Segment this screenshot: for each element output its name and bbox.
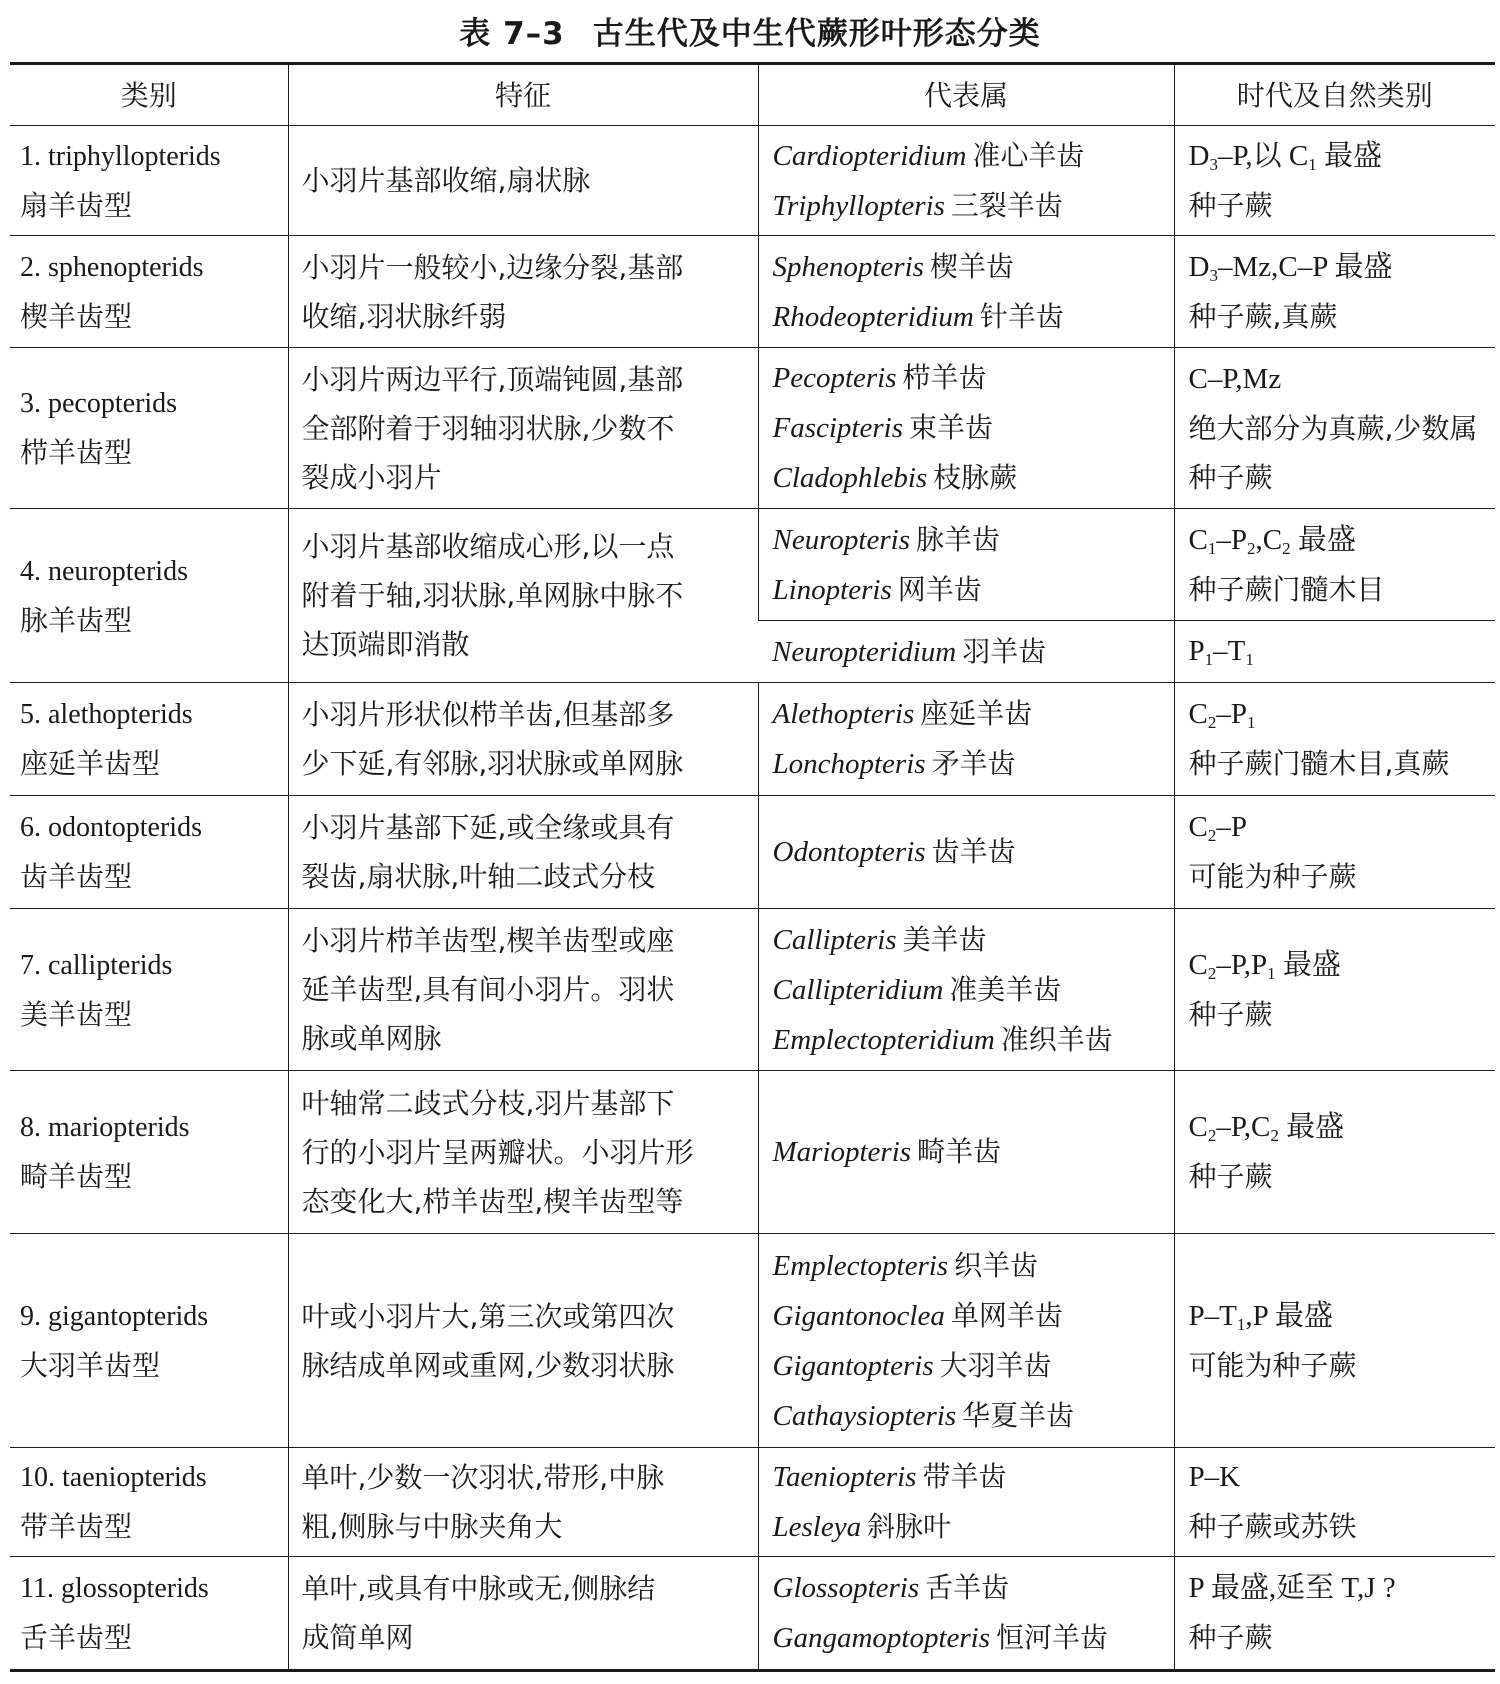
- genus-entry: Cladophlebis枝脉蕨: [773, 453, 1164, 503]
- genus-latin-name: Pecopteris: [773, 362, 897, 394]
- features-cell: 叶或小羽片大,第三次或第四次脉结成单网或重网,少数羽状脉: [288, 1234, 758, 1448]
- table-title: 古生代及中生代蕨形叶形态分类: [593, 16, 1041, 52]
- feature-line: 延羊齿型,具有间小羽片。羽状: [302, 965, 752, 1014]
- genera-cell: Pecopteris栉羊齿Fascipteris束羊齿Cladophlebis枝…: [758, 348, 1174, 509]
- geologic-age: C2–P,C2 最盛: [1189, 1103, 1486, 1152]
- genera-cell: Emplectopteris织羊齿Gigantonoclea单网羊齿Gigant…: [758, 1234, 1174, 1448]
- feature-line: 小羽片一般较小,边缘分裂,基部: [302, 243, 752, 292]
- genus-entry: Gigantopteris大羽羊齿: [773, 1341, 1164, 1391]
- table-row: 11. glossopterids舌羊齿型单叶,或具有中脉或无,侧脉结成简单网G…: [10, 1557, 1495, 1671]
- age-nature-cell: P–T1,P 最盛可能为种子蕨: [1174, 1234, 1495, 1448]
- genus-latin-name: Mariopteris: [773, 1136, 912, 1168]
- geologic-age: C–P,Mz: [1189, 355, 1486, 404]
- genus-entry: Sphenopteris楔羊齿: [773, 242, 1164, 292]
- table-caption: 表 7–3古生代及中生代蕨形叶形态分类: [0, 8, 1500, 53]
- geologic-age: D3–Mz,C–P 最盛: [1189, 243, 1486, 292]
- genus-entry: Gigantonoclea单网羊齿: [773, 1291, 1164, 1341]
- genus-latin-name: Alethopteris: [773, 698, 915, 730]
- genus-entry: Rhodeopteridium针羊齿: [773, 292, 1164, 342]
- category-cell: 11. glossopterids舌羊齿型: [10, 1557, 288, 1671]
- geologic-age: P–K: [1189, 1453, 1486, 1502]
- age-nature-cell: D3–Mz,C–P 最盛种子蕨,真蕨: [1174, 236, 1495, 348]
- feature-line: 脉或单网脉: [302, 1014, 752, 1063]
- category-chinese: 大羽羊齿型: [20, 1341, 278, 1390]
- header-category: 类别: [10, 64, 288, 126]
- category-cell: 8. mariopterids畸羊齿型: [10, 1071, 288, 1234]
- table-row: 4. neuropterids脉羊齿型小羽片基部收缩成心形,以一点附着于轴,羽状…: [10, 509, 1495, 621]
- age-nature-cell: C1–P2,C2 最盛种子蕨门髓木目: [1174, 509, 1495, 621]
- age-nature-cell: P 最盛,延至 T,J ?种子蕨: [1174, 1557, 1495, 1671]
- category-english: 6. odontopterids: [20, 803, 278, 852]
- age-nature-cell: D3–P,以 C1 最盛种子蕨: [1174, 126, 1495, 236]
- genus-latin-name: Linopteris: [773, 574, 892, 606]
- genus-entry: Neuropteris脉羊齿: [773, 515, 1164, 565]
- natural-category: 种子蕨: [1189, 990, 1486, 1039]
- genus-entry: Callipteridium准美羊齿: [773, 965, 1164, 1015]
- genus-latin-name: Cathaysiopteris: [773, 1400, 957, 1432]
- genus-chinese-name: 畸羊齿: [917, 1135, 1001, 1168]
- genus-latin-name: Cladophlebis: [773, 462, 928, 494]
- genus-latin-name: Sphenopteris: [773, 251, 924, 283]
- natural-category: 种子蕨门髓木目,真蕨: [1189, 739, 1486, 788]
- category-cell: 10. taeniopterids带羊齿型: [10, 1448, 288, 1557]
- genera-cell: Cardiopteridium准心羊齿Triphyllopteris三裂羊齿: [758, 126, 1174, 236]
- genera-cell: Neuropteris脉羊齿Linopteris网羊齿: [758, 509, 1174, 621]
- genus-chinese-name: 准织羊齿: [1001, 1023, 1113, 1056]
- age-nature-cell: C2–P,P1 最盛种子蕨: [1174, 909, 1495, 1071]
- genus-latin-name: Rhodeopteridium: [773, 301, 974, 333]
- natural-category: 种子蕨: [1189, 1613, 1486, 1662]
- category-english: 11. glossopterids: [20, 1564, 278, 1613]
- feature-line: 小羽片基部下延,或全缘或具有: [302, 803, 752, 852]
- category-chinese: 畸羊齿型: [20, 1152, 278, 1201]
- genus-chinese-name: 羽羊齿: [962, 635, 1046, 668]
- natural-category: 种子蕨: [1189, 1152, 1486, 1201]
- genus-latin-name: Taeniopteris: [773, 1461, 917, 1493]
- geologic-age: C2–P,P1 最盛: [1189, 941, 1486, 990]
- feature-line: 小羽片栉羊齿型,楔羊齿型或座: [302, 916, 752, 965]
- genus-latin-name: Fascipteris: [773, 412, 904, 444]
- category-chinese: 座延羊齿型: [20, 739, 278, 788]
- features-cell: 小羽片栉羊齿型,楔羊齿型或座延羊齿型,具有间小羽片。羽状脉或单网脉: [288, 909, 758, 1071]
- table-row: 3. pecopterids栉羊齿型小羽片两边平行,顶端钝圆,基部全部附着于羽轴…: [10, 348, 1495, 509]
- category-chinese: 舌羊齿型: [20, 1613, 278, 1662]
- genus-latin-name: Gangamoptopteris: [773, 1622, 991, 1654]
- table-row: 1. triphyllopterids扇羊齿型小羽片基部收缩,扇状脉Cardio…: [10, 126, 1495, 236]
- feature-line: 裂成小羽片: [302, 453, 752, 502]
- category-cell: 6. odontopterids齿羊齿型: [10, 796, 288, 909]
- feature-line: 脉结成单网或重网,少数羽状脉: [302, 1341, 752, 1390]
- features-cell: 小羽片基部收缩,扇状脉: [288, 126, 758, 236]
- natural-category: 绝大部分为真蕨,少数属种子蕨: [1189, 404, 1486, 502]
- genus-chinese-name: 三裂羊齿: [951, 189, 1063, 222]
- feature-line: 少下延,有邻脉,羽状脉或单网脉: [302, 739, 752, 788]
- genus-entry: Emplectopteris织羊齿: [773, 1241, 1164, 1291]
- genus-entry: Glossopteris舌羊齿: [773, 1563, 1164, 1613]
- category-chinese: 扇羊齿型: [20, 181, 278, 230]
- features-cell: 小羽片形状似栉羊齿,但基部多少下延,有邻脉,羽状脉或单网脉: [288, 683, 758, 796]
- genus-chinese-name: 网羊齿: [898, 573, 982, 606]
- category-chinese: 美羊齿型: [20, 990, 278, 1039]
- geologic-age: P 最盛,延至 T,J ?: [1189, 1564, 1486, 1613]
- genus-chinese-name: 座延羊齿: [920, 697, 1032, 730]
- genus-latin-name: Callipteridium: [773, 974, 944, 1006]
- genus-chinese-name: 枝脉蕨: [933, 461, 1017, 494]
- genus-latin-name: Neuropteridium: [772, 636, 956, 668]
- natural-category: 可能为种子蕨: [1189, 852, 1486, 901]
- genus-chinese-name: 脉羊齿: [916, 523, 1000, 556]
- genus-latin-name: Cardiopteridium: [773, 140, 967, 172]
- genus-latin-name: Callipteris: [773, 924, 897, 956]
- feature-line: 收缩,羽状脉纤弱: [302, 292, 752, 341]
- category-english: 10. taeniopterids: [20, 1453, 278, 1502]
- genus-entry: Linopteris网羊齿: [773, 565, 1164, 615]
- table-number: 表 7–3: [459, 16, 564, 52]
- natural-category: 可能为种子蕨: [1189, 1341, 1486, 1390]
- natural-category: 种子蕨或苏铁: [1189, 1502, 1486, 1551]
- category-chinese: 脉羊齿型: [20, 596, 278, 645]
- genus-entry: Triphyllopteris三裂羊齿: [773, 181, 1164, 231]
- feature-line: 粗,侧脉与中脉夹角大: [302, 1502, 752, 1551]
- feature-line: 成简单网: [302, 1613, 752, 1662]
- feature-line: 单叶,或具有中脉或无,侧脉结: [302, 1564, 752, 1613]
- age-nature-cell: P–K种子蕨或苏铁: [1174, 1448, 1495, 1557]
- genus-chinese-name: 齿羊齿: [932, 835, 1016, 868]
- features-cell: 小羽片基部下延,或全缘或具有裂齿,扇状脉,叶轴二歧式分枝: [288, 796, 758, 909]
- genus-entry: Pecopteris栉羊齿: [773, 353, 1164, 403]
- genus-entry: Mariopteris畸羊齿: [773, 1127, 1164, 1177]
- age-nature-cell: C2–P可能为种子蕨: [1174, 796, 1495, 909]
- genera-cell: Odontopteris齿羊齿: [758, 796, 1174, 909]
- genus-chinese-name: 栉羊齿: [903, 361, 987, 394]
- features-cell: 小羽片基部收缩成心形,以一点附着于轴,羽状脉,单网脉中脉不达顶端即消散: [288, 509, 758, 683]
- genus-latin-name: Triphyllopteris: [773, 190, 945, 222]
- genus-chinese-name: 华夏羊齿: [962, 1399, 1074, 1432]
- header-features: 特征: [288, 64, 758, 126]
- feature-line: 小羽片形状似栉羊齿,但基部多: [302, 690, 752, 739]
- genus-entry: Callipteris美羊齿: [773, 915, 1164, 965]
- table-row: 6. odontopterids齿羊齿型小羽片基部下延,或全缘或具有裂齿,扇状脉…: [10, 796, 1495, 909]
- category-english: 7. callipterids: [20, 941, 278, 990]
- genera-cell: Glossopteris舌羊齿Gangamoptopteris恒河羊齿: [758, 1557, 1174, 1671]
- features-cell: 单叶,或具有中脉或无,侧脉结成简单网: [288, 1557, 758, 1671]
- category-english: 4. neuropterids: [20, 547, 278, 596]
- feature-line: 叶或小羽片大,第三次或第四次: [302, 1292, 752, 1341]
- category-english: 8. mariopterids: [20, 1103, 278, 1152]
- genera-cell: Taeniopteris带羊齿Lesleya斜脉叶: [758, 1448, 1174, 1557]
- genera-cell: Alethopteris座延羊齿Lonchopteris矛羊齿: [758, 683, 1174, 796]
- category-cell: 7. callipterids美羊齿型: [10, 909, 288, 1071]
- genus-chinese-name: 大羽羊齿: [940, 1349, 1052, 1382]
- genus-latin-name: Neuropteris: [773, 524, 910, 556]
- genus-chinese-name: 准美羊齿: [949, 973, 1061, 1006]
- genus-latin-name: Emplectopteridium: [773, 1024, 995, 1056]
- genus-chinese-name: 束羊齿: [909, 411, 993, 444]
- age-nature-cell: C2–P1种子蕨门髓木目,真蕨: [1174, 683, 1495, 796]
- genus-entry: Neuropteridium羽羊齿: [772, 627, 1164, 677]
- category-cell: 3. pecopterids栉羊齿型: [10, 348, 288, 509]
- genus-entry: Emplectopteridium准织羊齿: [773, 1015, 1164, 1065]
- genus-chinese-name: 织羊齿: [954, 1249, 1038, 1282]
- category-english: 1. triphyllopterids: [20, 132, 278, 181]
- genus-chinese-name: 带羊齿: [922, 1460, 1006, 1493]
- feature-line: 行的小羽片呈两瓣状。小羽片形: [302, 1128, 752, 1177]
- genus-chinese-name: 针羊齿: [980, 300, 1064, 333]
- genus-entry: Lesleya斜脉叶: [773, 1502, 1164, 1552]
- age-nature-cell: P1–T1: [1174, 621, 1495, 683]
- table-row: 2. sphenopterids楔羊齿型小羽片一般较小,边缘分裂,基部收缩,羽状…: [10, 236, 1495, 348]
- genera-cell: Mariopteris畸羊齿: [758, 1071, 1174, 1234]
- genus-chinese-name: 准心羊齿: [972, 139, 1084, 172]
- genus-chinese-name: 矛羊齿: [932, 747, 1016, 780]
- table-body: 1. triphyllopterids扇羊齿型小羽片基部收缩,扇状脉Cardio…: [10, 126, 1495, 1671]
- genus-chinese-name: 单网羊齿: [951, 1299, 1063, 1332]
- geologic-age: C1–P2,C2 最盛: [1189, 516, 1486, 565]
- category-cell: 4. neuropterids脉羊齿型: [10, 509, 288, 683]
- natural-category: 种子蕨,真蕨: [1189, 292, 1486, 341]
- genus-latin-name: Gigantonoclea: [773, 1300, 945, 1332]
- genus-latin-name: Glossopteris: [773, 1572, 920, 1604]
- genus-chinese-name: 楔羊齿: [930, 250, 1014, 283]
- header-row: 类别 特征 代表属 时代及自然类别: [10, 64, 1495, 126]
- genus-latin-name: Odontopteris: [773, 836, 926, 868]
- features-cell: 单叶,少数一次羽状,带形,中脉粗,侧脉与中脉夹角大: [288, 1448, 758, 1557]
- age-nature-cell: C2–P,C2 最盛种子蕨: [1174, 1071, 1495, 1234]
- genus-entry: Alethopteris座延羊齿: [773, 689, 1164, 739]
- category-chinese: 栉羊齿型: [20, 428, 278, 477]
- genus-entry: Cardiopteridium准心羊齿: [773, 131, 1164, 181]
- feature-line: 附着于轴,羽状脉,单网脉中脉不: [302, 571, 752, 620]
- category-english: 9. gigantopterids: [20, 1292, 278, 1341]
- category-chinese: 齿羊齿型: [20, 852, 278, 901]
- genus-entry: Taeniopteris带羊齿: [773, 1452, 1164, 1502]
- table-row: 5. alethopterids座延羊齿型小羽片形状似栉羊齿,但基部多少下延,有…: [10, 683, 1495, 796]
- feature-line: 小羽片基部收缩成心形,以一点: [302, 522, 752, 571]
- category-cell: 9. gigantopterids大羽羊齿型: [10, 1234, 288, 1448]
- genus-latin-name: Emplectopteris: [773, 1250, 949, 1282]
- category-english: 5. alethopterids: [20, 690, 278, 739]
- genus-entry: Lonchopteris矛羊齿: [773, 739, 1164, 789]
- feature-line: 小羽片两边平行,顶端钝圆,基部: [302, 355, 752, 404]
- category-english: 3. pecopterids: [20, 379, 278, 428]
- feature-line: 态变化大,栉羊齿型,楔羊齿型等: [302, 1177, 752, 1226]
- category-cell: 1. triphyllopterids扇羊齿型: [10, 126, 288, 236]
- table-row: 8. mariopterids畸羊齿型叶轴常二歧式分枝,羽片基部下行的小羽片呈两…: [10, 1071, 1495, 1234]
- feature-line: 裂齿,扇状脉,叶轴二歧式分枝: [302, 852, 752, 901]
- fern-leaf-classification-table: 类别 特征 代表属 时代及自然类别 1. triphyllopterids扇羊齿…: [10, 62, 1495, 1672]
- natural-category: 种子蕨门髓木目: [1189, 565, 1486, 614]
- genus-entry: Fascipteris束羊齿: [773, 403, 1164, 453]
- genera-cell: Neuropteridium羽羊齿: [758, 621, 1174, 683]
- feature-line: 单叶,少数一次羽状,带形,中脉: [302, 1453, 752, 1502]
- table-row: 10. taeniopterids带羊齿型单叶,少数一次羽状,带形,中脉粗,侧脉…: [10, 1448, 1495, 1557]
- features-cell: 叶轴常二歧式分枝,羽片基部下行的小羽片呈两瓣状。小羽片形态变化大,栉羊齿型,楔羊…: [288, 1071, 758, 1234]
- geologic-age: P1–T1: [1189, 627, 1486, 676]
- feature-line: 小羽片基部收缩,扇状脉: [302, 156, 752, 205]
- table-row: 7. callipterids美羊齿型小羽片栉羊齿型,楔羊齿型或座延羊齿型,具有…: [10, 909, 1495, 1071]
- genus-entry: Gangamoptopteris恒河羊齿: [773, 1613, 1164, 1663]
- genera-cell: Callipteris美羊齿Callipteridium准美羊齿Emplecto…: [758, 909, 1174, 1071]
- genus-chinese-name: 恒河羊齿: [996, 1621, 1108, 1654]
- genera-cell: Sphenopteris楔羊齿Rhodeopteridium针羊齿: [758, 236, 1174, 348]
- category-cell: 2. sphenopterids楔羊齿型: [10, 236, 288, 348]
- genus-chinese-name: 美羊齿: [903, 923, 987, 956]
- genus-chinese-name: 斜脉叶: [867, 1510, 951, 1543]
- natural-category: 种子蕨: [1189, 181, 1486, 230]
- category-english: 2. sphenopterids: [20, 243, 278, 292]
- category-chinese: 楔羊齿型: [20, 292, 278, 341]
- geologic-age: P–T1,P 最盛: [1189, 1292, 1486, 1341]
- geologic-age: C2–P1: [1189, 690, 1486, 739]
- header-genera: 代表属: [758, 64, 1174, 126]
- genus-entry: Cathaysiopteris华夏羊齿: [773, 1391, 1164, 1441]
- genus-latin-name: Lesleya: [773, 1511, 862, 1543]
- feature-line: 叶轴常二歧式分枝,羽片基部下: [302, 1079, 752, 1128]
- genus-latin-name: Lonchopteris: [773, 748, 926, 780]
- genus-chinese-name: 舌羊齿: [925, 1571, 1009, 1604]
- category-chinese: 带羊齿型: [20, 1502, 278, 1551]
- genus-latin-name: Gigantopteris: [773, 1350, 934, 1382]
- age-nature-cell: C–P,Mz绝大部分为真蕨,少数属种子蕨: [1174, 348, 1495, 509]
- feature-line: 全部附着于羽轴羽状脉,少数不: [302, 404, 752, 453]
- features-cell: 小羽片两边平行,顶端钝圆,基部全部附着于羽轴羽状脉,少数不裂成小羽片: [288, 348, 758, 509]
- category-cell: 5. alethopterids座延羊齿型: [10, 683, 288, 796]
- geologic-age: D3–P,以 C1 最盛: [1189, 132, 1486, 181]
- table-row: 9. gigantopterids大羽羊齿型叶或小羽片大,第三次或第四次脉结成单…: [10, 1234, 1495, 1448]
- header-age-nature: 时代及自然类别: [1174, 64, 1495, 126]
- genus-entry: Odontopteris齿羊齿: [773, 827, 1164, 877]
- feature-line: 达顶端即消散: [302, 620, 752, 669]
- geologic-age: C2–P: [1189, 803, 1486, 852]
- features-cell: 小羽片一般较小,边缘分裂,基部收缩,羽状脉纤弱: [288, 236, 758, 348]
